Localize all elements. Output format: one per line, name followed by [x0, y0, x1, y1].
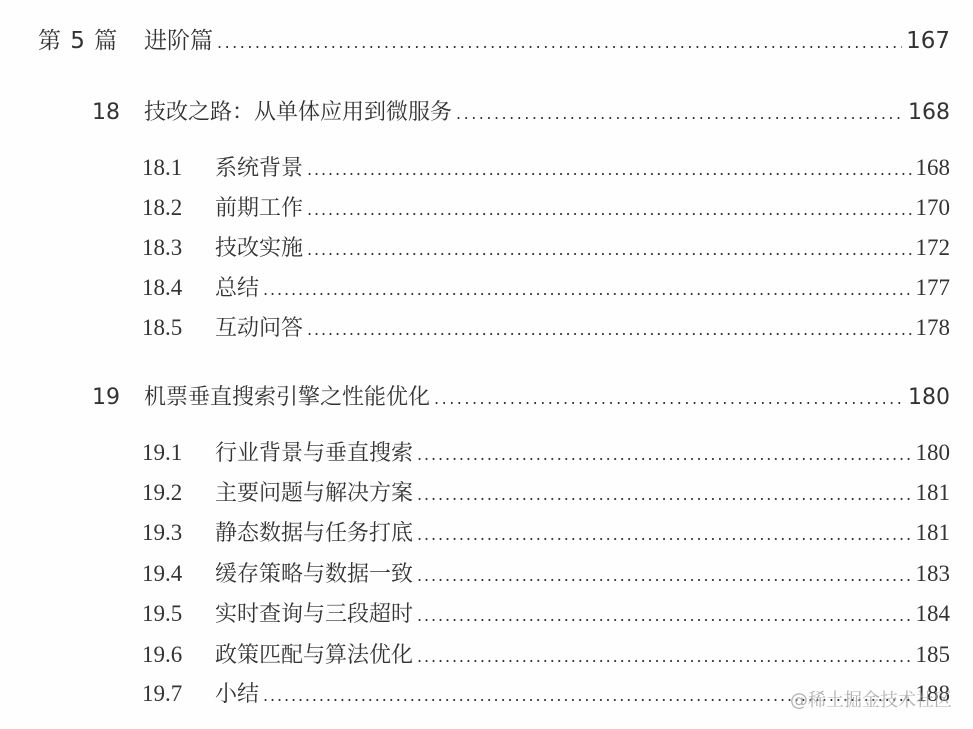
section-number: 18.5 — [142, 315, 215, 341]
section-title: 主要问题与解决方案 — [215, 476, 413, 507]
section-page-number: 172 — [916, 235, 951, 261]
dot-leader — [217, 28, 902, 54]
watermark: @稀土掘金技术社区 — [790, 686, 952, 712]
part-label: 第 5 篇 — [38, 22, 144, 55]
dot-leader — [417, 602, 911, 627]
toc-section: 19.3 静态数据与任务打底 181 — [142, 516, 950, 547]
dot-leader — [307, 236, 911, 261]
chapter-page-number: 168 — [908, 100, 950, 125]
chapter-number: 18 — [92, 100, 144, 125]
toc-section: 19.6 政策匹配与算法优化 185 — [142, 638, 950, 669]
section-page-number: 181 — [916, 520, 951, 546]
dot-leader — [417, 441, 911, 466]
section-number: 19.3 — [142, 520, 215, 546]
chapter-title: 机票垂直搜索引擎之性能优化 — [144, 380, 430, 411]
section-title: 缓存策略与数据一致 — [215, 557, 413, 588]
toc-section: 18.2 前期工作 170 — [142, 191, 950, 222]
section-title: 技改实施 — [215, 231, 303, 262]
section-page-number: 168 — [916, 155, 951, 181]
toc-section: 18.3 技改实施 172 — [142, 231, 950, 262]
section-page-number: 180 — [916, 440, 951, 466]
section-page-number: 181 — [916, 480, 951, 506]
toc-part-heading: 第 5 篇 进阶篇 167 — [38, 22, 950, 55]
section-page-number: 184 — [916, 601, 951, 627]
section-title: 小结 — [215, 677, 259, 708]
section-title: 总结 — [215, 271, 259, 302]
section-number: 19.5 — [142, 601, 215, 627]
dot-leader — [307, 316, 911, 341]
section-number: 19.7 — [142, 681, 215, 707]
section-number: 18.2 — [142, 195, 215, 221]
chapter-page-number: 180 — [908, 385, 950, 410]
section-number: 18.4 — [142, 275, 215, 301]
section-number: 18.3 — [142, 235, 215, 261]
dot-leader — [417, 562, 911, 587]
dot-leader — [263, 276, 911, 301]
section-title: 互动问答 — [215, 311, 303, 342]
toc-section: 18.5 互动问答 178 — [142, 311, 950, 342]
toc-section: 18.1 系统背景 168 — [142, 151, 950, 182]
toc-section: 19.5 实时查询与三段超时 184 — [142, 597, 950, 628]
toc-page: 第 5 篇 进阶篇 167 18 技改之路：从单体应用到微服务 168 18.1… — [0, 0, 973, 729]
toc-section: 19.4 缓存策略与数据一致 183 — [142, 557, 950, 588]
chapter-number: 19 — [92, 385, 144, 410]
section-page-number: 178 — [916, 315, 951, 341]
dot-leader — [417, 643, 911, 668]
part-title: 进阶篇 — [144, 22, 213, 55]
section-number: 19.1 — [142, 440, 215, 466]
section-page-number: 177 — [916, 275, 951, 301]
section-number: 19.2 — [142, 480, 215, 506]
toc-section: 19.2 主要问题与解决方案 181 — [142, 476, 950, 507]
section-title: 行业背景与垂直搜索 — [215, 436, 413, 467]
section-title: 实时查询与三段超时 — [215, 597, 413, 628]
toc-chapter-19: 19 机票垂直搜索引擎之性能优化 180 — [92, 380, 950, 411]
toc-section: 19.1 行业背景与垂直搜索 180 — [142, 436, 950, 467]
section-page-number: 185 — [916, 642, 951, 668]
section-title: 静态数据与任务打底 — [215, 516, 413, 547]
toc-section: 18.4 总结 177 — [142, 271, 950, 302]
dot-leader — [417, 481, 911, 506]
section-number: 19.4 — [142, 561, 215, 587]
dot-leader — [307, 196, 911, 221]
section-title: 政策匹配与算法优化 — [215, 638, 413, 669]
section-title: 前期工作 — [215, 191, 303, 222]
section-number: 18.1 — [142, 155, 215, 181]
chapter-title: 技改之路：从单体应用到微服务 — [144, 95, 452, 126]
section-number: 19.6 — [142, 642, 215, 668]
section-page-number: 170 — [916, 195, 951, 221]
section-page-number: 183 — [916, 561, 951, 587]
dot-leader — [417, 521, 911, 546]
section-title: 系统背景 — [215, 151, 303, 182]
dot-leader — [434, 385, 904, 410]
dot-leader — [307, 156, 911, 181]
toc-chapter-18: 18 技改之路：从单体应用到微服务 168 — [92, 95, 950, 126]
dot-leader — [456, 100, 904, 125]
part-page-number: 167 — [906, 28, 950, 54]
